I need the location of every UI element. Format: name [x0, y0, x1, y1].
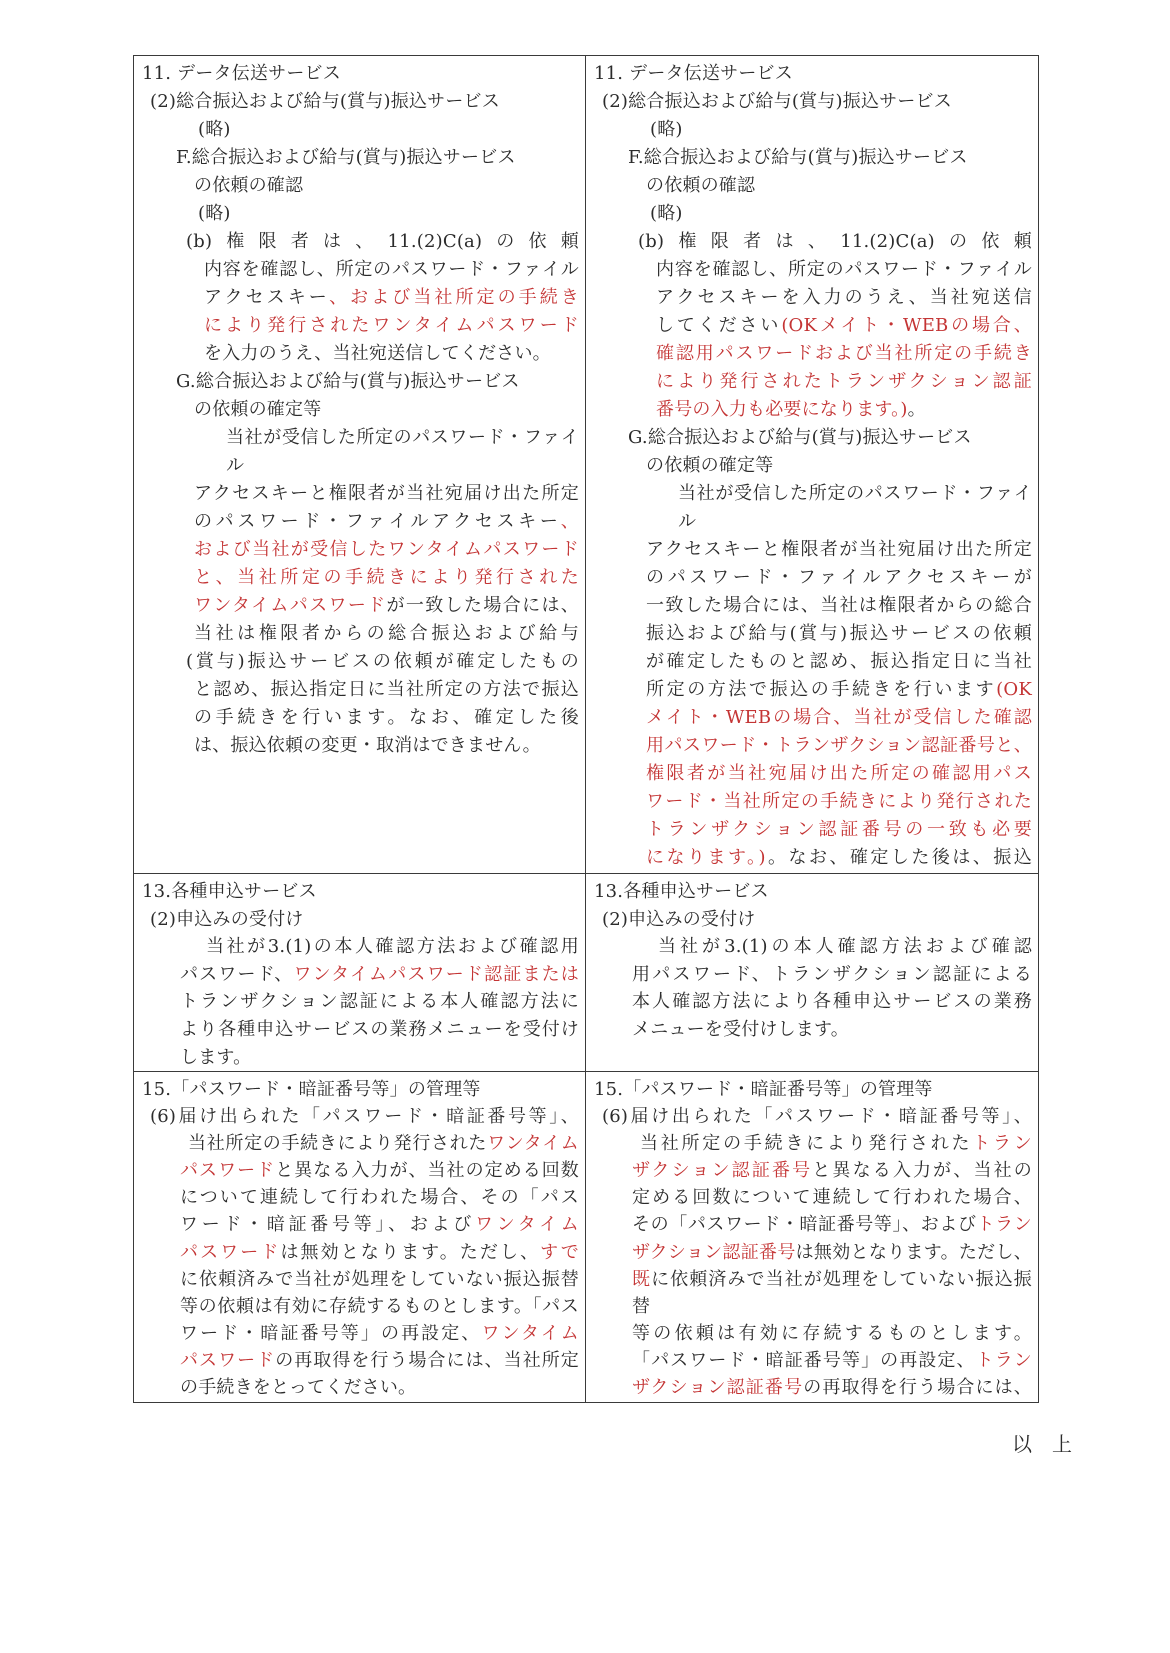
text-line: (略) — [586, 200, 1032, 228]
revised-text: パスワード — [180, 1242, 280, 1263]
body-text: 当社が3.(1)の本人確認方法および確認 — [658, 936, 1032, 957]
text-line: 15.「パスワード・暗証番号等」の管理等 — [134, 1076, 579, 1103]
text-line: 用パスワード・トランザクション認証番号と、 — [586, 732, 1032, 760]
text-line: 当社が3.(1)の本人確認方法および確認 — [586, 933, 1032, 961]
body-text: は、振込依頼の変更・取消はできません。 — [194, 735, 541, 756]
text-line: 所定の方法で振込の手続きを行います(OK — [586, 676, 1032, 704]
text-line: により発行されたトランザクション認証 — [586, 368, 1032, 396]
text-line: 13.各種申込サービス — [586, 878, 1032, 906]
body-text: (略) — [650, 203, 683, 224]
text-line: と認め、振込指定日に当社所定の方法で振込 — [134, 676, 579, 704]
text-line: アクセスキー、および当社所定の手続き — [134, 284, 579, 312]
text-line: アクセスキーと権限者が当社宛届け出た所定 — [586, 536, 1032, 564]
text-line: が確定したものと認め、振込指定日に当社 — [586, 648, 1032, 676]
text-line: 内容を確認し、所定のパスワード・ファイル — [586, 256, 1032, 284]
text-line: 11. データ伝送サービス — [586, 60, 1032, 88]
comparison-table: 11. データ伝送サービス(2)総合振込および給与(賞与)振込サービス(略)F.… — [133, 55, 1039, 1403]
body-text: その「パスワード・暗証番号等」、および — [632, 1214, 977, 1235]
body-text: を入力のうえ、当社宛送信してください。 — [204, 343, 551, 364]
body-text: (賞与)振込サービスの依頼が確定したもの — [186, 651, 579, 672]
text-line: G.総合振込および給与(賞与)振込サービス — [586, 424, 1032, 452]
text-line: (b)権限者は、11.(2)C(a)の依頼 — [134, 228, 579, 256]
text-line: より各種申込サービスの業務メニューを受付け — [134, 1016, 579, 1044]
revised-text: 、 — [561, 511, 579, 532]
text-line: G.総合振込および給与(賞与)振込サービス — [134, 368, 579, 396]
body-text: に依頼済みで当社が処理をしていない振込振替 — [632, 1269, 1032, 1317]
text-line: は、振込依頼の変更・取消はできません。 — [134, 732, 579, 760]
text-line: 当社が3.(1)の本人確認方法および確認用 — [134, 933, 579, 961]
text-line: アクセスキーを入力のうえ、当社宛送信 — [586, 284, 1032, 312]
body-text: (2)申込みの受付け — [150, 909, 304, 930]
text-line: ザクション認証番号は無効となります。ただし、 — [586, 1239, 1032, 1266]
cell-section11-right: 11. データ伝送サービス(2)総合振込および給与(賞与)振込サービス(略)F.… — [586, 56, 1038, 874]
body-text: 所定の方法で振込の手続きを行います — [646, 679, 996, 700]
revised-text: (OKメイト・WEBの場合、 — [781, 315, 1032, 336]
revised-text: メイト・WEBの場合、当社が受信した確認 — [646, 707, 1032, 728]
body-text: 15.「パスワード・暗証番号等」の管理等 — [142, 1079, 481, 1100]
text-line: 本人確認方法により各種申込サービスの業務 — [586, 988, 1032, 1016]
revised-text: ザクション認証番号 — [632, 1377, 803, 1398]
body-text: の手続きを行います。なお、確定した後 — [194, 707, 579, 728]
revised-text: ザクション認証番号 — [632, 1242, 796, 1263]
body-text: 当社が3.(1)の本人確認方法および確認用 — [206, 936, 579, 957]
cell-section11-left: 11. データ伝送サービス(2)総合振込および給与(賞与)振込サービス(略)F.… — [134, 56, 586, 874]
revised-text: ワンタイム — [487, 1133, 579, 1154]
text-line: 内容を確認し、所定のパスワード・ファイル — [134, 256, 579, 284]
text-line: 等の依頼は有効に存続するものとします。「パス — [134, 1293, 579, 1320]
text-line: (2)申込みの受付け — [134, 906, 579, 934]
text-line: について連続して行われた場合、その「パス — [134, 1184, 579, 1211]
cell-section13-left: 13.各種申込サービス(2)申込みの受付け当社が3.(1)の本人確認方法および確… — [134, 874, 586, 1072]
body-text: G.総合振込および給与(賞与)振込サービス — [628, 427, 972, 448]
revised-text: ワンタイム — [475, 1214, 579, 1235]
revised-text: により発行されたトランザクション認証 — [656, 371, 1032, 392]
text-line: F.総合振込および給与(賞与)振込サービス — [134, 144, 579, 172]
text-line: ワンタイムパスワードが一致した場合には、 — [134, 592, 579, 620]
body-text: 用パスワード、トランザクション認証による — [632, 964, 1032, 985]
text-line: の依頼の確定等 — [134, 396, 579, 424]
body-text: 内容を確認し、所定のパスワード・ファイル — [204, 259, 579, 280]
revised-text: 番号の入力も必要になります。) — [656, 399, 908, 420]
text-line: の依頼の確定等 — [586, 452, 1032, 480]
body-text: 内容を確認し、所定のパスワード・ファイル — [656, 259, 1032, 280]
revised-text: ザクション認証番号 — [632, 1160, 812, 1181]
body-text: 当社所定の手続きにより発行された — [188, 1133, 487, 1154]
body-text: 等の依頼は有効に存続するものとします。「パス — [180, 1296, 579, 1317]
body-text: の依頼の確認 — [646, 175, 755, 196]
body-text: 11. データ伝送サービス — [594, 63, 793, 84]
body-text: 。 — [908, 399, 926, 420]
body-text: 15.「パスワード・暗証番号等」の管理等 — [594, 1079, 933, 1100]
text-line: トランザクション認証番号の一致も必要 — [586, 816, 1032, 844]
text-line: してください(OKメイト・WEBの場合、 — [586, 312, 1032, 340]
body-text: アクセスキーを入力のうえ、当社宛送信 — [656, 287, 1032, 308]
revised-text: トラン — [977, 1214, 1032, 1235]
body-text: (略) — [198, 203, 231, 224]
body-text: のパスワード・ファイルアクセスキーが — [646, 567, 1032, 588]
body-text: してください — [656, 315, 781, 336]
text-line: 「パスワード・暗証番号等」の再設定、トラン — [586, 1347, 1032, 1374]
revised-text: により発行されたワンタイムパスワード — [204, 315, 579, 336]
body-text: 当社は権限者からの総合振込および給与 — [194, 623, 579, 644]
body-text: (2)申込みの受付け — [602, 909, 756, 930]
body-text: と認め、振込指定日に当社所定の方法で振込 — [194, 679, 579, 700]
cell-section15-right: 15.「パスワード・暗証番号等」の管理等(6)届け出られた「パスワード・暗証番号… — [586, 1072, 1038, 1402]
body-text: に依頼済みで当社が処理をしていない振込振替 — [180, 1269, 579, 1290]
text-line: 当社が受信した所定のパスワード・ファイル — [586, 480, 1032, 536]
body-text: (6)届け出られた「パスワード・暗証番号等」、 — [602, 1106, 1032, 1127]
body-text: します。 — [180, 1047, 251, 1068]
text-line: (略) — [586, 116, 1032, 144]
revised-text: および当社が受信したワンタイムパスワード — [194, 539, 579, 560]
text-line: の手続きをとってください。 — [134, 1374, 579, 1401]
body-text: 振込および給与(賞与)振込サービスの依頼 — [646, 623, 1032, 644]
body-text: 13.各種申込サービス — [594, 881, 769, 902]
text-line: に依頼済みで当社が処理をしていない振込振替 — [134, 1266, 579, 1293]
text-line: ザクション認証番号の再取得を行う場合には、 — [586, 1374, 1032, 1401]
text-line: パスワードと異なる入力が、当社の定める回数 — [134, 1157, 579, 1184]
revised-text: トランザクション認証番号の一致も必要 — [646, 819, 1032, 840]
body-text: アクセスキー — [204, 287, 329, 308]
text-line: 権限者が当社宛届け出た所定の確認用パス — [586, 760, 1032, 788]
revised-text: 既 — [632, 1269, 651, 1290]
text-line: パスワードの再取得を行う場合には、当社所定 — [134, 1347, 579, 1374]
body-text: (6)届け出られた「パスワード・暗証番号等」、 — [150, 1106, 579, 1127]
text-line: になります。)。なお、確定した後は、振込 — [586, 844, 1032, 872]
text-line: 当社が受信した所定のパスワード・ファイル — [134, 424, 579, 480]
text-line: の依頼の確認 — [586, 172, 1032, 200]
revised-text: トラン — [972, 1133, 1032, 1154]
text-line: (2)総合振込および給与(賞与)振込サービス — [134, 88, 579, 116]
body-text: F.総合振込および給与(賞与)振込サービス — [176, 147, 516, 168]
body-text: の再取得を行う場合には、当社所定 — [275, 1350, 579, 1371]
text-line: (2)申込みの受付け — [586, 906, 1032, 934]
body-text: 定める回数について連続して行われた場合、 — [632, 1187, 1032, 1208]
text-line: します。 — [134, 1044, 579, 1072]
body-text: ワード・暗証番号等」の再設定、 — [180, 1323, 481, 1344]
text-line: の手続きを行います。なお、確定した後 — [134, 704, 579, 732]
text-line: (6)届け出られた「パスワード・暗証番号等」、 — [134, 1103, 579, 1130]
text-line: メイト・WEBの場合、当社が受信した確認 — [586, 704, 1032, 732]
body-text: が一致した場合には、 — [387, 595, 579, 616]
body-text: が確定したものと認め、振込指定日に当社 — [646, 651, 1032, 672]
body-text: の再取得を行う場合には、 — [803, 1377, 1032, 1398]
revised-text: ワード・当社所定の手続きにより発行された — [646, 791, 1032, 812]
revised-text: になります。) — [646, 847, 766, 868]
text-line: パスワードは無効となります。ただし、すで — [134, 1239, 579, 1266]
body-text: アクセスキーと権限者が当社宛届け出た所定 — [194, 483, 579, 504]
text-line: ザクション認証番号と異なる入力が、当社の — [586, 1157, 1032, 1184]
body-text: は無効となります。ただし、 — [280, 1242, 540, 1263]
revised-text: 、および当社所定の手続き — [329, 287, 579, 308]
cell-section13-right: 13.各種申込サービス(2)申込みの受付け当社が3.(1)の本人確認方法および確… — [586, 874, 1038, 1072]
body-text: パスワード、 — [180, 964, 293, 985]
body-text: 「パスワード・暗証番号等」の再設定、 — [632, 1350, 976, 1371]
body-text: 当社が受信した所定のパスワード・ファイル — [678, 483, 1032, 532]
body-text: (略) — [198, 119, 231, 140]
text-line: (略) — [134, 116, 579, 144]
closing-statement: 以 上 — [1012, 1428, 1072, 1457]
text-line: ワード・暗証番号等」の再設定、ワンタイム — [134, 1320, 579, 1347]
revised-text: すで — [540, 1242, 579, 1263]
text-line: と、当社所定の手続きにより発行された — [134, 564, 579, 592]
revised-text: 確認用パスワードおよび当社所定の手続き — [656, 343, 1032, 364]
text-line: ワード・当社所定の手続きにより発行された — [586, 788, 1032, 816]
body-text: の依頼の確認 — [194, 175, 303, 196]
body-text: 当社が受信した所定のパスワード・ファイル — [226, 427, 579, 476]
revised-text: トラン — [976, 1350, 1032, 1371]
body-text: (2)総合振込および給与(賞与)振込サービス — [602, 91, 952, 112]
text-line: パスワード、ワンタイムパスワード認証または — [134, 961, 579, 989]
text-line: 当社所定の手続きにより発行されたワンタイム — [134, 1130, 579, 1157]
text-line: (b)権限者は、11.(2)C(a)の依頼 — [586, 228, 1032, 256]
text-line: および当社が受信したワンタイムパスワード — [134, 536, 579, 564]
text-line: 15.「パスワード・暗証番号等」の管理等 — [586, 1076, 1032, 1103]
body-text: 。なお、確定した後は、振込 — [766, 847, 1032, 868]
revised-text: パスワード — [180, 1350, 275, 1371]
revised-text: ワンタイムパスワード認証または — [293, 964, 579, 985]
revised-text: (OK — [996, 679, 1032, 700]
body-text: 本人確認方法により各種申込サービスの業務 — [632, 991, 1032, 1012]
body-text: 11. データ伝送サービス — [142, 63, 341, 84]
revised-text: パスワード — [180, 1160, 275, 1181]
body-text: 13.各種申込サービス — [142, 881, 317, 902]
text-line: (2)総合振込および給与(賞与)振込サービス — [586, 88, 1032, 116]
body-text: について連続して行われた場合、その「パス — [180, 1187, 579, 1208]
body-text: のパスワード・ファイルアクセスキー — [194, 511, 561, 532]
revised-text: と、当社所定の手続きにより発行された — [194, 567, 579, 588]
revised-text: ワンタイム — [481, 1323, 579, 1344]
body-text: (略) — [650, 119, 683, 140]
text-line: 当社所定の手続きにより発行されたトラン — [586, 1130, 1032, 1157]
text-line: 用パスワード、トランザクション認証による — [586, 961, 1032, 989]
body-text: トランザクション認証による本人確認方法に — [180, 991, 579, 1012]
body-text: ワード・暗証番号等」、および — [180, 1214, 475, 1235]
text-line: 定める回数について連続して行われた場合、 — [586, 1184, 1032, 1211]
body-text: 一致した場合には、当社は権限者からの総合 — [646, 595, 1032, 616]
text-line: により発行されたワンタイムパスワード — [134, 312, 579, 340]
text-line: メニューを受付けします。 — [586, 1016, 1032, 1044]
revised-text: ワンタイムパスワード — [194, 595, 387, 616]
body-text: の手続きをとってください。 — [180, 1377, 416, 1398]
text-line: を入力のうえ、当社宛送信してください。 — [134, 340, 579, 368]
body-text: メニューを受付けします。 — [632, 1019, 849, 1040]
text-line: (6)届け出られた「パスワード・暗証番号等」、 — [586, 1103, 1032, 1130]
body-text: (b)権限者は、11.(2)C(a)の依頼 — [638, 231, 1032, 252]
body-text: の依頼の確定等 — [646, 455, 773, 476]
text-line: (賞与)振込サービスの依頼が確定したもの — [134, 648, 579, 676]
body-text: (b)権限者は、11.(2)C(a)の依頼 — [186, 231, 579, 252]
text-line: その「パスワード・暗証番号等」、およびトラン — [586, 1211, 1032, 1238]
body-text: より各種申込サービスの業務メニューを受付け — [180, 1019, 579, 1040]
body-text: の依頼の確定等 — [194, 399, 321, 420]
text-line: ワード・暗証番号等」、およびワンタイム — [134, 1211, 579, 1238]
body-text: と異なる入力が、当社の定める回数 — [275, 1160, 579, 1181]
body-text: 当社所定の手続きにより発行された — [640, 1133, 972, 1154]
text-line: のパスワード・ファイルアクセスキー、 — [134, 508, 579, 536]
body-text: は無効となります。ただし、 — [796, 1242, 1032, 1263]
body-text: アクセスキーと権限者が当社宛届け出た所定 — [646, 539, 1032, 560]
text-line: F.総合振込および給与(賞与)振込サービス — [586, 144, 1032, 172]
revised-text: 権限者が当社宛届け出た所定の確認用パス — [646, 763, 1032, 784]
body-text: と異なる入力が、当社の — [812, 1160, 1032, 1181]
text-line: 当社は権限者からの総合振込および給与 — [134, 620, 579, 648]
text-line: の依頼の確認 — [134, 172, 579, 200]
text-line: (略) — [134, 200, 579, 228]
text-line: 既に依頼済みで当社が処理をしていない振込振替 — [586, 1266, 1032, 1320]
text-line: 等の依頼は有効に存続するものとします。 — [586, 1320, 1032, 1347]
text-line: 確認用パスワードおよび当社所定の手続き — [586, 340, 1032, 368]
text-line: 番号の入力も必要になります。)。 — [586, 396, 1032, 424]
text-line: トランザクション認証による本人確認方法に — [134, 988, 579, 1016]
body-text: G.総合振込および給与(賞与)振込サービス — [176, 371, 520, 392]
text-line: 一致した場合には、当社は権限者からの総合 — [586, 592, 1032, 620]
text-line: 13.各種申込サービス — [134, 878, 579, 906]
text-line: 当社所定の手続きをとってください。 — [586, 1401, 1032, 1402]
revised-text: 用パスワード・トランザクション認証番号と、 — [646, 735, 1032, 756]
text-line: アクセスキーと権限者が当社宛届け出た所定 — [134, 480, 579, 508]
cell-section15-left: 15.「パスワード・暗証番号等」の管理等(6)届け出られた「パスワード・暗証番号… — [134, 1072, 586, 1402]
text-line: 振込および給与(賞与)振込サービスの依頼 — [586, 620, 1032, 648]
body-text: F.総合振込および給与(賞与)振込サービス — [628, 147, 968, 168]
text-line: のパスワード・ファイルアクセスキーが — [586, 564, 1032, 592]
body-text: (2)総合振込および給与(賞与)振込サービス — [150, 91, 500, 112]
body-text: 等の依頼は有効に存続するものとします。 — [632, 1323, 1032, 1344]
text-line: 11. データ伝送サービス — [134, 60, 579, 88]
